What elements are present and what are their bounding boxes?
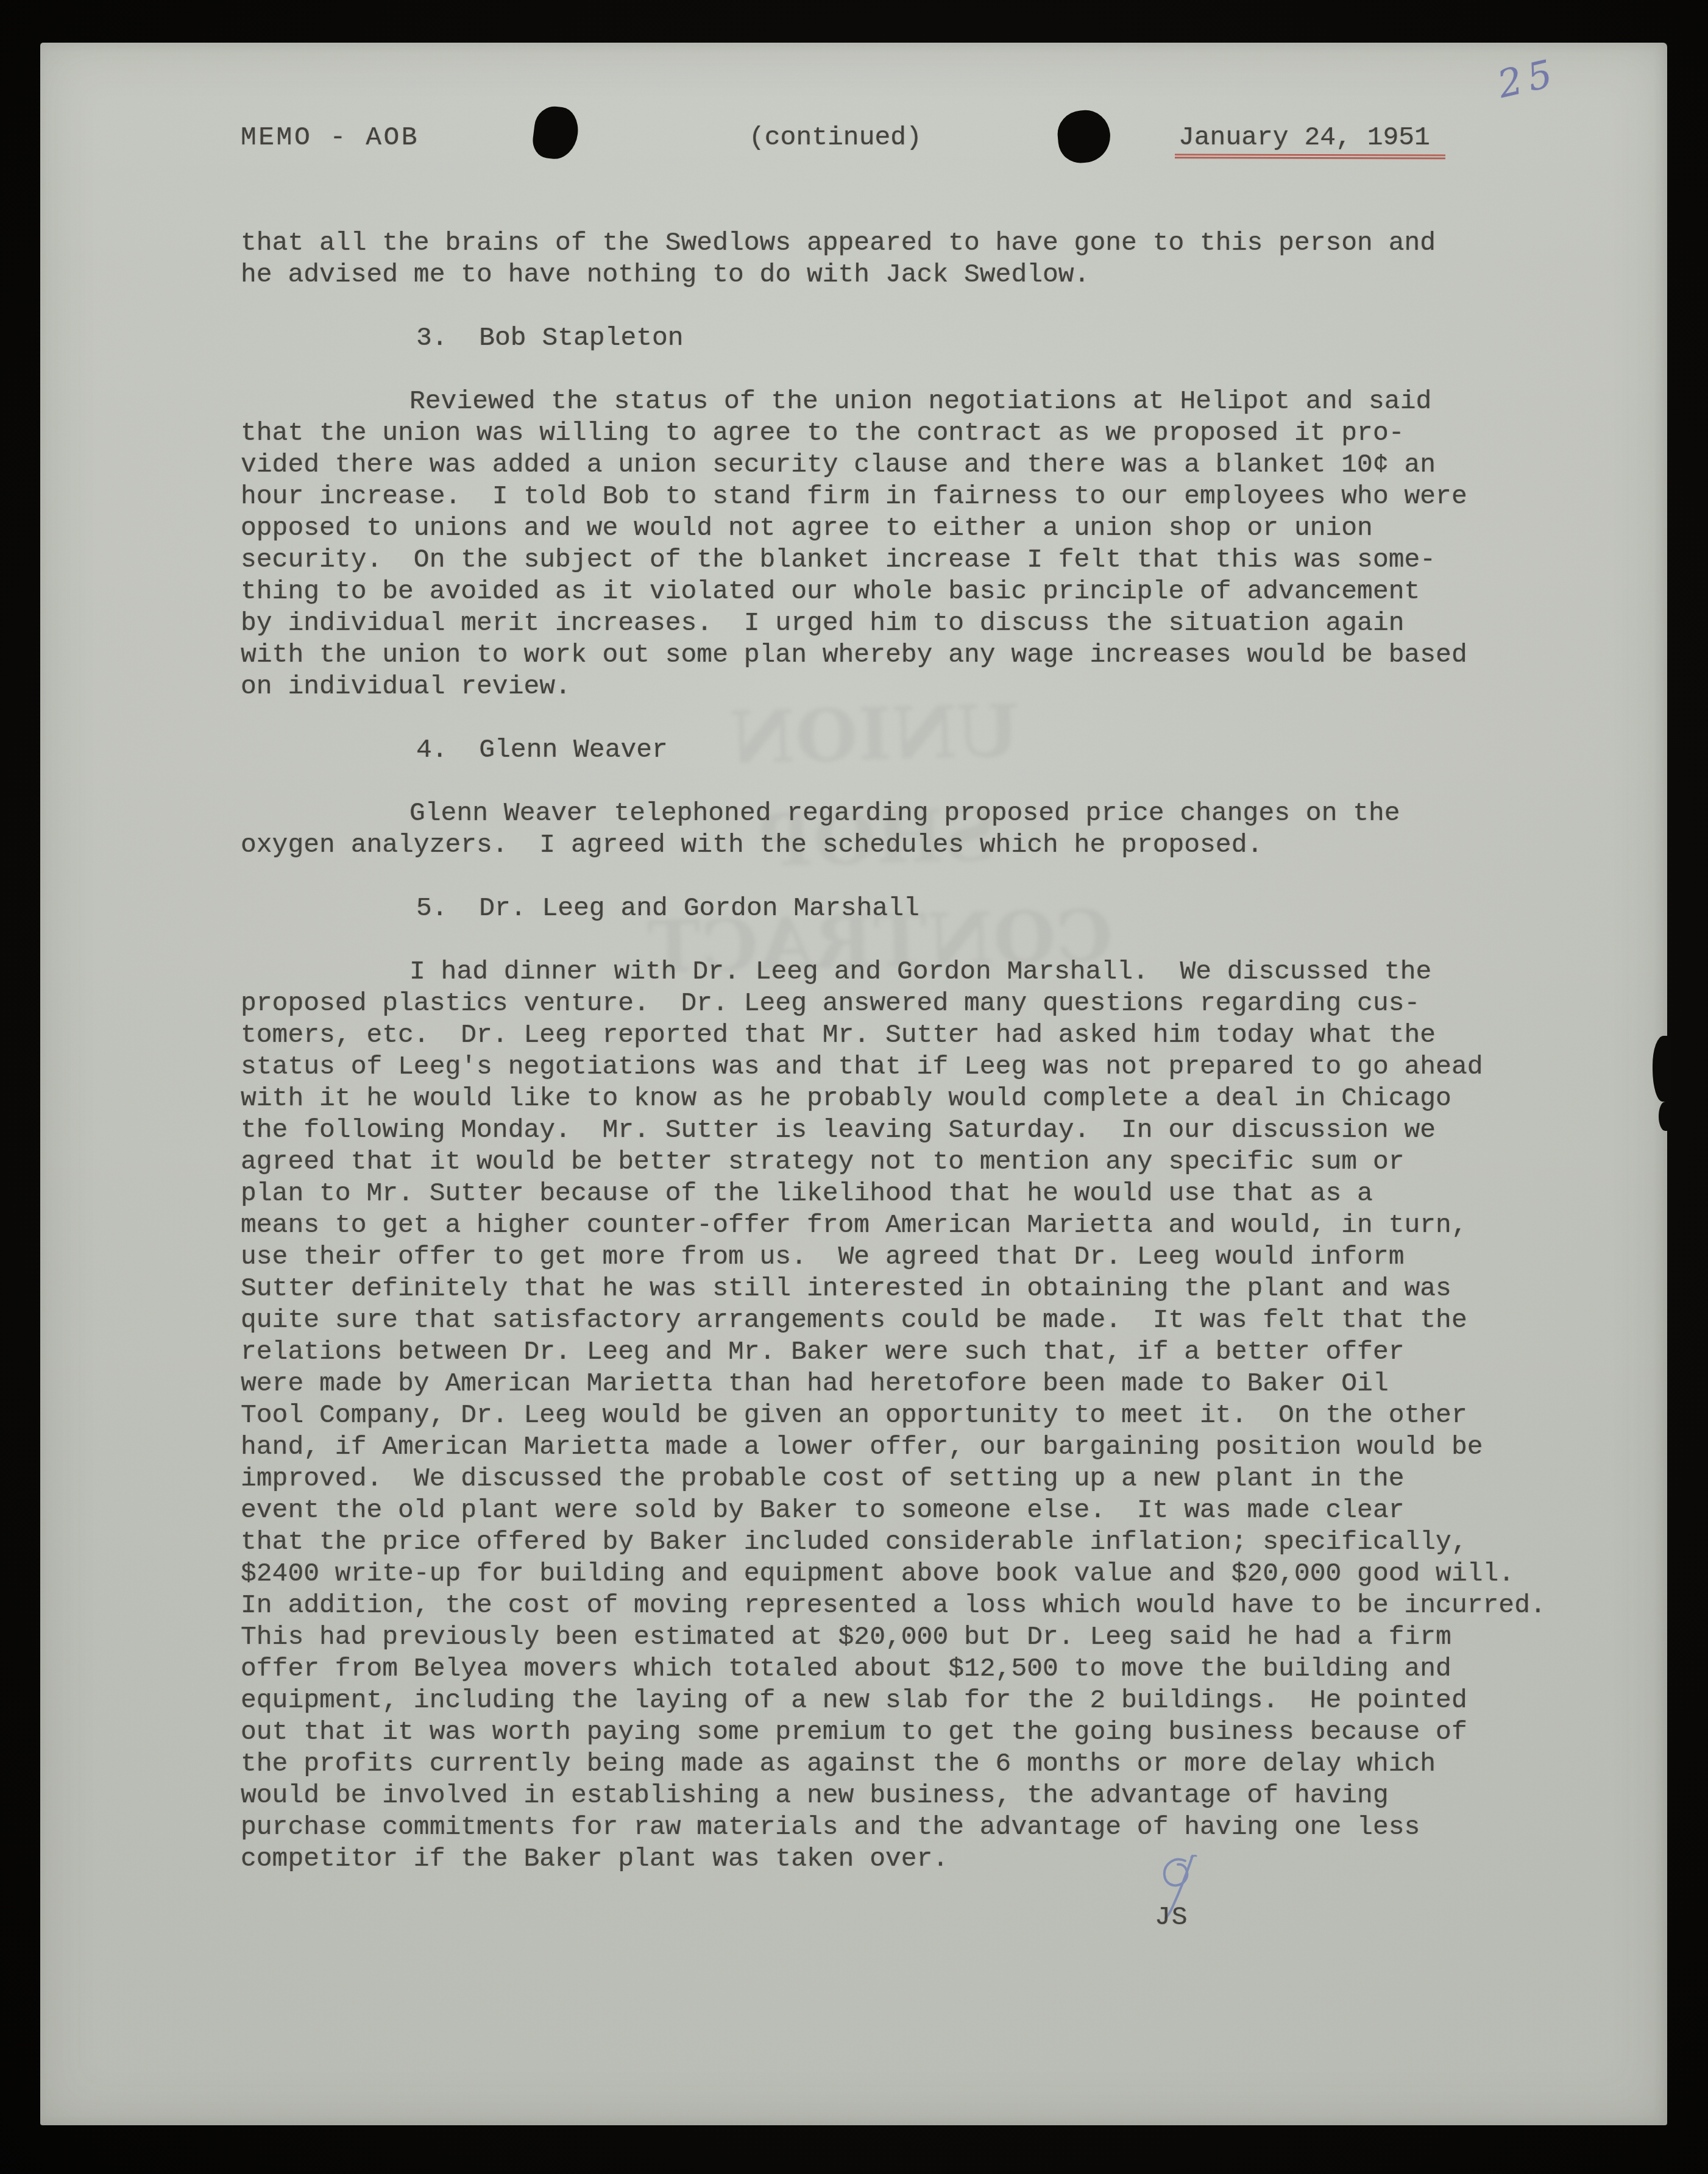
memo-date: January 24, 1951 [1178,122,1430,154]
section-heading-bob-stapleton: 3. Bob Stapleton [416,322,1606,354]
continued-label: (continued) [749,122,922,154]
continuation-paragraph: that all the brains of the Swedlows appe… [241,227,1606,291]
memo-header-label: MEMO - AOB [241,122,419,154]
section-heading-leeg-marshall: 5. Dr. Leeg and Gordon Marshall [416,893,1606,924]
memo-body: that all the brains of the Swedlows appe… [241,227,1606,1907]
paper-edge-tear-small [1659,1102,1670,1131]
section-paragraph-leeg-marshall: I had dinner with Dr. Leeg and Gordon Ma… [241,956,1606,1875]
section-heading-glenn-weaver: 4. Glenn Weaver [416,734,1606,766]
section-paragraph-glenn-weaver: Glenn Weaver telephoned regarding propos… [241,798,1606,861]
signature-area: JS [1155,1852,1189,1882]
typed-initials: JS [1155,1902,1189,1932]
scanned-memo-page: { "doc": { "page_number_annotation": "25… [0,0,1708,2174]
date-red-underline [1175,154,1445,159]
section-paragraph-bob-stapleton: Reviewed the status of the union negotia… [241,386,1606,703]
paper-edge-tear [1653,1036,1671,1102]
